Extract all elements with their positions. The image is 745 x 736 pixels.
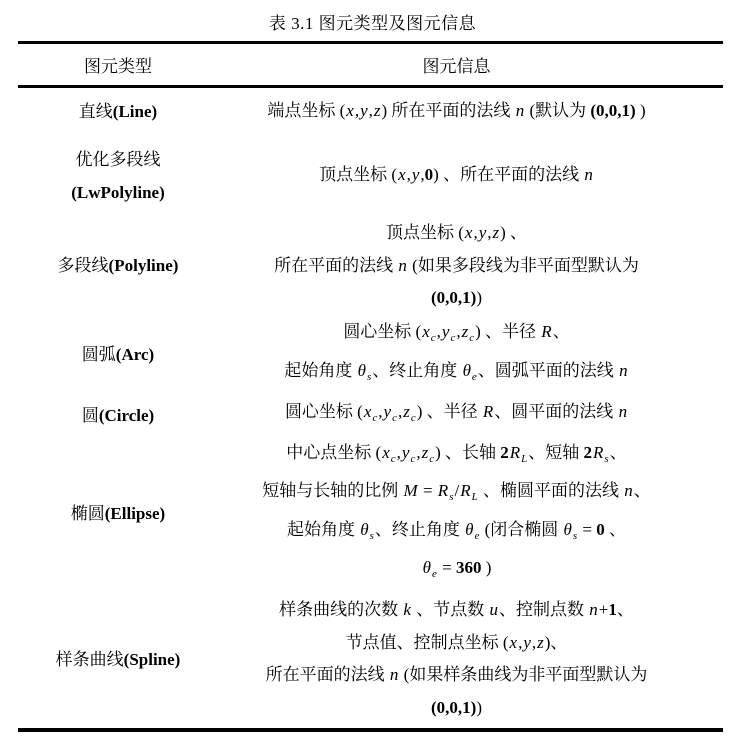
text-run: 优化多段线 [76,150,161,169]
info-line: 中心点坐标 (xc,yc,zc) 、长轴 2RL、短轴 2Rs、 [218,437,695,476]
text-run: 椭圆 [71,504,105,523]
type-line: (LwPolyline) [18,176,218,209]
text-run: 1 [608,600,617,619]
text-run: = [419,481,437,500]
math-var: R [540,322,552,341]
table-bottom-rule [18,728,723,732]
text-run: 2 [584,443,593,462]
math-var: M [403,481,419,500]
math-var: z [421,443,430,462]
info-line: 圆心坐标 (xc,yc,zc) 、半径 R、 [218,316,695,355]
math-var: z [461,322,470,341]
primitive-type-cell: 多段线(Polyline) [18,217,218,315]
primitive-type-cell: 优化多段线(LwPolyline) [18,134,218,217]
table-header-row: 图元类型 图元信息 [18,44,723,85]
math-var: n [588,600,599,619]
math-var: R [459,481,471,500]
text-run: , [378,402,382,421]
text-run: (0,0,1) [590,101,635,120]
primitive-info-cell: 端点坐标 (x,y,z) 所在平面的法线 n (默认为 (0,0,1) ) [218,88,723,134]
text-run: 、控制点数 [499,600,588,619]
info-line: 节点值、控制点坐标 (x,y,z)、 [218,627,695,660]
math-var: y [401,443,411,462]
info-line: θe = 360 ) [218,552,695,591]
column-header-type: 图元类型 [18,52,218,77]
info-line: 样条曲线的次数 k 、节点数 u、控制点数 n+1、 [218,594,695,627]
text-run: 、终止角度 [375,520,464,539]
math-var: x [509,633,519,652]
math-var: R [482,402,494,421]
math-var: n [618,402,629,421]
text-run: ) 、长轴 [435,443,500,462]
table-row: 圆弧(Arc)圆心坐标 (xc,yc,zc) 、半径 R、起始角度 θs、终止角… [18,315,723,395]
text-run: 、 [610,443,627,462]
math-var: x [421,322,431,341]
text-run: (Spline) [124,650,181,669]
text-run: (Ellipse) [105,504,165,523]
text-run: (如果多段线为非平面型默认为 [408,256,639,275]
table-row: 直线(Line)端点坐标 (x,y,z) 所在平面的法线 n (默认为 (0,0… [18,88,723,134]
type-line: 优化多段线 [18,143,218,176]
text-run: ) [481,558,491,577]
math-var: z [402,402,411,421]
math-var: x [381,443,391,462]
math-var: x [363,402,373,421]
info-line: (0,0,1)) [218,692,695,725]
text-run: ) [636,101,646,120]
text-run: )、 [545,633,568,652]
type-line: 圆弧(Arc) [18,338,218,371]
text-run: ) 所在平面的法线 [382,101,515,120]
math-var: θ [462,361,472,380]
primitive-type-cell: 直线(Line) [18,88,218,134]
text-run: 节点值、控制点坐标 ( [346,633,509,652]
text-run: 360 [456,558,482,577]
math-var: θ [359,520,369,539]
table-row: 圆(Circle)圆心坐标 (xc,yc,zc) 、半径 R、圆平面的法线 n [18,395,723,437]
text-run: 、圆平面的法线 [494,402,617,421]
math-var: y [522,633,532,652]
primitive-info-cell: 圆心坐标 (xc,yc,zc) 、半径 R、圆平面的法线 n [218,395,723,437]
text-run: (如果样条曲线为非平面型默认为 [399,665,647,684]
document-page: 表 3.1 图元类型及图元信息 图元类型 图元信息 直线(Line)端点坐标 (… [0,0,745,736]
column-header-info: 图元信息 [218,52,723,77]
text-run: (Circle) [99,406,154,425]
text-run: 、 [553,322,570,341]
text-run: ) 、所在平面的法线 [433,165,583,184]
text-run: 端点坐标 ( [267,101,345,120]
text-run: 圆心坐标 ( [343,322,421,341]
text-run: ) 、半径 [417,402,482,421]
text-run: 所在平面的法线 [274,256,397,275]
type-line: 椭圆(Ellipse) [18,497,218,530]
table-row: 优化多段线(LwPolyline)顶点坐标 (x,y,0) 、所在平面的法线 n [18,134,723,217]
primitive-type-cell: 圆(Circle) [18,395,218,437]
table-row: 多段线(Polyline)顶点坐标 (x,y,z) 、所在平面的法线 n (如果… [18,217,723,315]
primitive-info-cell: 圆心坐标 (xc,yc,zc) 、半径 R、起始角度 θs、终止角度 θe、圆弧… [218,315,723,395]
text-run: 起始角度 [284,361,356,380]
type-line: 圆(Circle) [18,399,218,432]
primitive-info-cell: 样条曲线的次数 k 、节点数 u、控制点数 n+1、节点值、控制点坐标 (x,y… [218,591,723,728]
table-row: 样条曲线(Spline)样条曲线的次数 k 、节点数 u、控制点数 n+1、节点… [18,591,723,728]
math-var: θ [422,558,432,577]
info-line: (0,0,1)) [218,282,695,315]
math-var: k [402,600,412,619]
math-var: n [515,101,526,120]
text-run: ) 、 [500,223,527,242]
text-run: 顶点坐标 ( [319,165,397,184]
text-run: (0,0,1) [431,288,476,307]
math-var: y [359,101,369,120]
info-line: 所在平面的法线 n (如果多段线为非平面型默认为 [218,250,695,283]
text-run: 直线 [79,102,113,121]
math-var: n [618,361,629,380]
text-run: (闭合椭圆 [480,520,562,539]
math-var: y [411,165,421,184]
text-run: ) [476,288,482,307]
table-row: 椭圆(Ellipse)中心点坐标 (xc,yc,zc) 、长轴 2RL、短轴 2… [18,437,723,591]
text-run: (LwPolyline) [71,183,165,202]
math-var: u [488,600,499,619]
info-line: 所在平面的法线 n (如果样条曲线为非平面型默认为 [218,659,695,692]
info-line: 顶点坐标 (x,y,0) 、所在平面的法线 n [218,159,695,192]
math-var: R [592,443,604,462]
text-run: 圆 [82,406,99,425]
text-run: , [416,443,420,462]
text-run: 圆弧 [82,345,116,364]
text-run: (默认为 [525,101,590,120]
math-var: x [397,165,407,184]
info-line: 端点坐标 (x,y,z) 所在平面的法线 n (默认为 (0,0,1) ) [218,95,695,128]
text-run: 、 [605,520,626,539]
primitive-info-cell: 中心点坐标 (xc,yc,zc) 、长轴 2RL、短轴 2Rs、短轴与长轴的比例… [218,437,723,591]
math-var: z [491,223,500,242]
text-run: 中心点坐标 ( [286,443,381,462]
text-run: 圆心坐标 ( [285,402,363,421]
text-run: (0,0,1) [431,698,476,717]
info-line: 短轴与长轴的比例 M = Rs/RL 、椭圆平面的法线 n、 [218,475,695,514]
type-line: 直线(Line) [18,95,218,128]
text-run: 样条曲线 [56,650,124,669]
table-caption: 表 3.1 图元类型及图元信息 [0,0,745,41]
text-run: 、圆弧平面的法线 [478,361,618,380]
math-var: n [583,165,594,184]
info-line: 顶点坐标 (x,y,z) 、 [218,217,695,250]
text-run: = [578,520,596,539]
math-var: y [478,223,488,242]
text-run: ) [476,698,482,717]
text-run: (Line) [113,102,157,121]
math-var: θ [563,520,573,539]
text-run: 样条曲线的次数 [279,600,402,619]
text-run: 2 [500,443,509,462]
table-body: 直线(Line)端点坐标 (x,y,z) 所在平面的法线 n (默认为 (0,0… [0,88,745,728]
math-var: θ [357,361,367,380]
math-var: z [536,633,545,652]
text-run: 、短轴 [528,443,583,462]
math-var: R [437,481,449,500]
text-run: 、终止角度 [372,361,461,380]
primitive-type-cell: 椭圆(Ellipse) [18,437,218,591]
text-run: 、椭圆平面的法线 [479,481,624,500]
primitive-type-cell: 圆弧(Arc) [18,315,218,395]
text-run: + [599,600,609,619]
text-run: 、 [617,600,634,619]
math-var: θ [464,520,474,539]
info-line: 起始角度 θs、终止角度 θe、圆弧平面的法线 n [218,355,695,394]
text-run: 顶点坐标 ( [386,223,464,242]
math-var: R [509,443,521,462]
math-var: y [383,402,393,421]
text-run: 起始角度 [287,520,359,539]
type-line: 多段线(Polyline) [18,249,218,282]
text-run: (Arc) [116,345,154,364]
type-line: 样条曲线(Spline) [18,643,218,676]
text-run: 多段线 [58,256,109,275]
math-var: n [623,481,634,500]
text-run: 所在平面的法线 [266,665,389,684]
primitive-type-cell: 样条曲线(Spline) [18,591,218,728]
math-var: n [389,665,400,684]
text-run: 短轴与长轴的比例 [262,481,402,500]
text-run: = [438,558,456,577]
text-run: (Polyline) [109,256,179,275]
text-run: 0 [425,165,434,184]
math-var: L [472,491,479,503]
text-run: , [456,322,460,341]
text-run: 0 [596,520,605,539]
primitive-info-cell: 顶点坐标 (x,y,0) 、所在平面的法线 n [218,134,723,217]
math-var: x [464,223,474,242]
math-var: z [373,101,382,120]
primitive-info-cell: 顶点坐标 (x,y,z) 、所在平面的法线 n (如果多段线为非平面型默认为(0… [218,217,723,315]
math-var: n [397,256,408,275]
text-run: 、 [634,481,651,500]
info-line: 起始角度 θs、终止角度 θe (闭合椭圆 θs = 0 、 [218,514,695,553]
text-run: 、节点数 [412,600,489,619]
info-line: 圆心坐标 (xc,yc,zc) 、半径 R、圆平面的法线 n [218,396,695,435]
math-var: x [345,101,355,120]
text-run: ) 、半径 [475,322,540,341]
